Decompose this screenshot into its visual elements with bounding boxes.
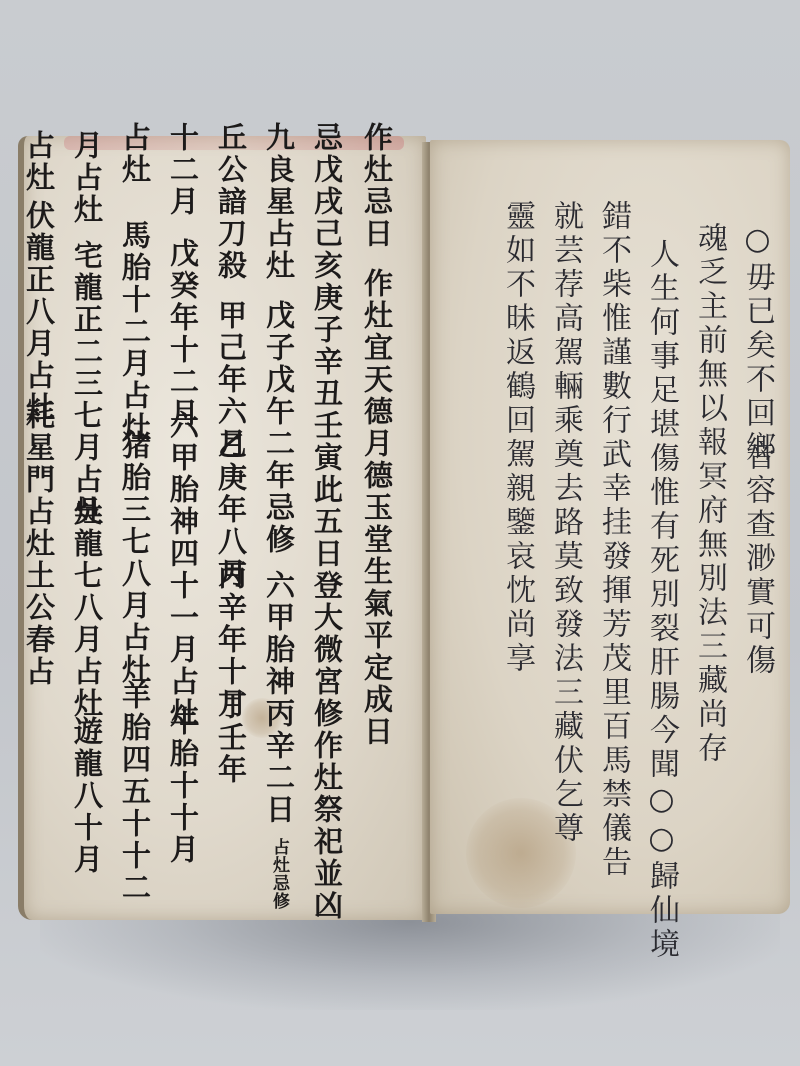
left-page-column: 戊子戊午二年忌修 bbox=[264, 300, 293, 556]
left-page-column: 九良星占灶 bbox=[264, 122, 293, 282]
left-page-column: 耗星門占灶 bbox=[24, 400, 53, 560]
left-page-column: 月占灶 bbox=[72, 130, 101, 226]
right-page-column: 人生何事足堪傷惟有死別裂肝腸今聞○○歸仙境 bbox=[646, 238, 676, 962]
left-page-column: 丘公諳刀殺 bbox=[216, 122, 245, 282]
left-page-column: 牛胎十十月 bbox=[168, 706, 197, 866]
right-page-column: ○毋已矣不回鄉 bbox=[742, 222, 772, 465]
right-page-column: 就芸荐高駕輛乘奠去路莫致發法三藏伏乞尊 bbox=[550, 200, 580, 846]
left-page-column: 占灶 bbox=[120, 122, 149, 186]
left-page-column: 伏龍正八月占灶 bbox=[24, 200, 53, 424]
right-page-column: 魂乏主前無以報冥府無別法三藏尚存 bbox=[694, 222, 724, 766]
left-page-column: 十二月 bbox=[168, 122, 197, 218]
right-page-column: 音容查渺實可傷 bbox=[742, 440, 772, 678]
left-page-column: 宅龍正二三七月占灶 bbox=[72, 240, 101, 528]
left-page-column: 羊胎四五十十二 bbox=[120, 680, 149, 904]
left-page-column: 丁壬年 bbox=[216, 690, 245, 786]
right-page-column: 靈如不昧返鶴回駕親鑒哀忱尚享 bbox=[502, 200, 532, 676]
left-page-column: 吳龍七八月占灶 bbox=[72, 496, 101, 720]
right-page-column: 錯不柴惟謹數行武幸挂發揮芳茂里百馬禁儀告 bbox=[598, 200, 628, 880]
left-page-column: 占灶 bbox=[24, 130, 53, 194]
left-page-column: 土公春占 bbox=[24, 560, 53, 688]
left-page-column: 猪胎三七八月占灶 bbox=[120, 430, 149, 686]
left-page-column: 馬胎十二月占灶 bbox=[120, 220, 149, 444]
left-page-column: 作灶宜天德月德玉堂生氣平定成日 bbox=[362, 268, 391, 748]
left-page-column: 忌戊戌己亥庚子辛丑壬寅此五日登大微宮修作灶祭祀並凶 bbox=[312, 122, 341, 922]
left-page-column: 六甲胎神四十一月占灶 bbox=[168, 410, 197, 730]
left-page-column: 遊龍八十月 bbox=[72, 716, 101, 876]
left-page-column: 作灶忌日 bbox=[362, 122, 391, 250]
left-page-column: 六甲胎神丙辛二日 bbox=[264, 570, 293, 826]
left-page-column: 戊癸年十二月 bbox=[168, 238, 197, 430]
left-page-column: 占灶忌修 bbox=[270, 838, 287, 910]
